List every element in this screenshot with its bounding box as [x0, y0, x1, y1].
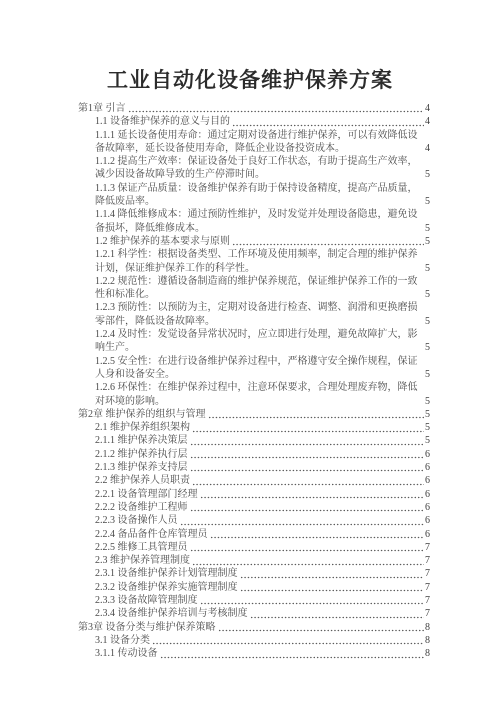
toc-page-number: 4	[425, 115, 430, 128]
toc-entry: 1.1 设备维护保养的意义与目的4	[78, 115, 430, 128]
toc-entry-text: 2.3.1 设备维护保养计划管理制度	[95, 567, 238, 580]
toc-dot-leader	[208, 408, 425, 421]
toc-entry: 1.2.3 预防性：以预防为主，定期对设备进行检查、调整、润滑和更换磨损零部件，…	[78, 301, 430, 328]
toc-dot-leader	[190, 448, 425, 461]
toc-entry-text: 2.3.4 设备维护保养培训与考核制度	[95, 607, 248, 620]
toc-entry: 2.1 维护保养组织架构5	[78, 421, 430, 434]
toc-entry: 2.2.3 设备操作人员6	[78, 514, 430, 527]
table-of-contents: 第1章 引言41.1 设备维护保养的意义与目的41.1.1 延长设备使用寿命：通…	[78, 102, 430, 660]
toc-page-number: 6	[425, 501, 430, 514]
toc-page-number: 5	[425, 168, 430, 181]
toc-dot-leader	[160, 647, 425, 660]
toc-dot-leader	[190, 461, 425, 474]
toc-entry-text: 1.2.4 及时性：发觉设备异常状况时，应立即进行处理，避免故障扩大，影响生产。	[95, 328, 422, 355]
toc-dot-leader	[200, 594, 425, 607]
toc-entry: 2.3.1 设备维护保养计划管理制度7	[78, 567, 430, 580]
toc-entry: 第2章 维护保养的组织与管理5	[78, 408, 430, 421]
toc-page-number: 6	[425, 474, 430, 487]
toc-page-number: 5	[425, 341, 430, 354]
toc-entry-text: 1.1 设备维护保养的意义与目的	[95, 115, 230, 128]
toc-entry: 2.2.1 设备管理部门经理6	[78, 488, 430, 501]
toc-entry-text: 2.2.3 设备操作人员	[95, 514, 178, 527]
toc-entry: 2.2.5 维修工具管理员7	[78, 541, 430, 554]
toc-entry: 1.1.1 延长设备使用寿命：通过定期对设备进行维护保养，可以有效降低设备故障率…	[78, 129, 430, 156]
toc-page-number: 5	[425, 368, 430, 381]
toc-entry: 2.2.2 设备维护工程师6	[78, 501, 430, 514]
toc-dot-leader	[192, 474, 424, 487]
toc-entry: 1.2.4 及时性：发觉设备异常状况时，应立即进行处理，避免故障扩大，影响生产。…	[78, 328, 430, 355]
toc-page-number: 6	[425, 461, 430, 474]
toc-page-number: 5	[425, 195, 430, 208]
toc-entry-text: 1.1.2 提高生产效率：保证设备处于良好工作状态，有助于提高生产效率，减少因设…	[95, 155, 422, 182]
toc-entry-text: 2.1 维护保养组织架构	[95, 421, 190, 434]
toc-entry: 2.3.2 设备维护保养实施管理制度7	[78, 581, 430, 594]
toc-entry: 2.1.2 维护保养执行层6	[78, 448, 430, 461]
toc-dot-leader	[250, 607, 425, 620]
toc-dot-leader	[128, 102, 425, 115]
toc-page-number: 5	[425, 315, 430, 328]
toc-entry: 2.2.4 备品备件仓库管理员6	[78, 528, 430, 541]
toc-entry-text: 2.3.3 设备故障管理制度	[95, 594, 198, 607]
toc-dot-leader	[240, 567, 425, 580]
toc-entry-text: 第2章 维护保养的组织与管理	[78, 408, 206, 421]
toc-entry-text: 2.1.3 维护保养支持层	[95, 461, 188, 474]
toc-entry-text: 3.1 设备分类	[95, 634, 150, 647]
toc-entry: 1.1.2 提高生产效率：保证设备处于良好工作状态，有助于提高生产效率，减少因设…	[78, 155, 430, 182]
toc-dot-leader	[218, 621, 425, 634]
toc-dot-leader	[152, 634, 424, 647]
toc-entry-text: 2.3 维护保养管理制度	[95, 554, 190, 567]
toc-entry: 第3章 设备分类与维护保养策略8	[78, 621, 430, 634]
toc-entry: 第1章 引言4	[78, 102, 430, 115]
toc-dot-leader	[240, 581, 425, 594]
toc-page-number: 7	[425, 594, 430, 607]
toc-page-number: 5	[425, 262, 430, 275]
toc-dot-leader	[190, 501, 425, 514]
toc-page-number: 4	[425, 142, 430, 155]
toc-dot-leader	[210, 528, 425, 541]
toc-entry-text: 1.2.3 预防性：以预防为主，定期对设备进行检查、调整、润滑和更换磨损零部件，…	[95, 301, 422, 328]
toc-page-number: 8	[425, 621, 430, 634]
toc-entry-text: 2.2.2 设备维护工程师	[95, 501, 188, 514]
toc-entry: 1.2.6 环保性：在维护保养过程中，注意环保要求，合理处理废弃物，降低对环境的…	[78, 381, 430, 408]
toc-entry-text: 2.1.2 维护保养执行层	[95, 448, 188, 461]
toc-entry: 2.3.3 设备故障管理制度7	[78, 594, 430, 607]
toc-entry-text: 2.2.4 备品备件仓库管理员	[95, 528, 208, 541]
toc-page-number: 5	[425, 222, 430, 235]
toc-entry: 2.1.1 维护保养决策层5	[78, 434, 430, 447]
toc-page-number: 6	[425, 448, 430, 461]
toc-entry-text: 2.3.2 设备维护保养实施管理制度	[95, 581, 238, 594]
toc-page-number: 7	[425, 541, 430, 554]
toc-page-number: 6	[425, 514, 430, 527]
toc-entry: 1.2.1 科学性：根据设备类型、工作环境及使用频率，制定合理的维护保养计划，保…	[78, 248, 430, 275]
toc-entry-text: 1.1.3 保证产品质量：设备维护保养有助于保持设备精度，提高产品质量，降低废品…	[95, 182, 422, 209]
toc-entry: 1.2.5 安全性：在进行设备维护保养过程中，严格遵守安全操作规程，保证人身和设…	[78, 355, 430, 382]
toc-entry: 2.3 维护保养管理制度7	[78, 554, 430, 567]
toc-entry-text: 1.2.6 环保性：在维护保养过程中，注意环保要求，合理处理废弃物，降低对环境的…	[95, 381, 422, 408]
toc-entry-text: 2.1.1 维护保养决策层	[95, 434, 188, 447]
document-page: 工业自动化设备维护保养方案 第1章 引言41.1 设备维护保养的意义与目的41.…	[0, 0, 500, 707]
toc-page-number: 5	[425, 421, 430, 434]
toc-page-number: 7	[425, 581, 430, 594]
toc-dot-leader	[232, 115, 424, 128]
toc-page-number: 6	[425, 528, 430, 541]
toc-entry-text: 1.2.2 规范性：遵循设备制造商的维护保养规范，保证维护保养工作的一致性和标准…	[95, 275, 422, 302]
toc-page-number: 7	[425, 554, 430, 567]
toc-entry-text: 1.2 维护保养的基本要求与原则	[95, 235, 230, 248]
toc-dot-leader	[192, 554, 424, 567]
toc-dot-leader	[200, 488, 425, 501]
toc-entry-text: 第3章 设备分类与维护保养策略	[78, 621, 216, 634]
toc-entry-text: 1.1.1 延长设备使用寿命：通过定期对设备进行维护保养，可以有效降低设备故障率…	[95, 129, 422, 156]
toc-entry: 1.1.4 降低维修成本：通过预防性维护，及时发觉并处理设备隐患，避免设备损坏，…	[78, 208, 430, 235]
toc-dot-leader	[192, 421, 424, 434]
toc-page-number: 7	[425, 567, 430, 580]
toc-dot-leader	[180, 514, 425, 527]
toc-page-number: 8	[425, 634, 430, 647]
toc-entry: 3.1.1 传动设备8	[78, 647, 430, 660]
toc-entry-text: 1.1.4 降低维修成本：通过预防性维护，及时发觉并处理设备隐患，避免设备损坏，…	[95, 208, 422, 235]
toc-entry-text: 第1章 引言	[78, 102, 126, 115]
toc-dot-leader	[190, 434, 425, 447]
toc-entry: 2.3.4 设备维护保养培训与考核制度7	[78, 607, 430, 620]
toc-entry-text: 1.2.5 安全性：在进行设备维护保养过程中，严格遵守安全操作规程，保证人身和设…	[95, 355, 422, 382]
toc-dot-leader	[190, 541, 425, 554]
toc-page-number: 4	[425, 102, 430, 115]
toc-entry: 2.1.3 维护保养支持层6	[78, 461, 430, 474]
toc-entry-text: 1.2.1 科学性：根据设备类型、工作环境及使用频率，制定合理的维护保养计划，保…	[95, 248, 422, 275]
toc-entry-text: 2.2.5 维修工具管理员	[95, 541, 188, 554]
toc-entry: 1.1.3 保证产品质量：设备维护保养有助于保持设备精度，提高产品质量，降低废品…	[78, 182, 430, 209]
toc-page-number: 7	[425, 607, 430, 620]
toc-page-number: 5	[425, 408, 430, 421]
toc-entry: 1.2 维护保养的基本要求与原则5	[78, 235, 430, 248]
toc-page-number: 5	[425, 395, 430, 408]
toc-entry: 3.1 设备分类8	[78, 634, 430, 647]
toc-page-number: 5	[425, 288, 430, 301]
toc-entry-text: 3.1.1 传动设备	[95, 647, 158, 660]
toc-dot-leader	[232, 235, 424, 248]
toc-page-number: 5	[425, 235, 430, 248]
toc-entry-text: 2.2.1 设备管理部门经理	[95, 488, 198, 501]
toc-page-number: 6	[425, 488, 430, 501]
toc-page-number: 8	[425, 647, 430, 660]
toc-page-number: 5	[425, 434, 430, 447]
toc-entry-text: 2.2 维护保养人员职责	[95, 474, 190, 487]
toc-entry: 2.2 维护保养人员职责6	[78, 474, 430, 487]
toc-entry: 1.2.2 规范性：遵循设备制造商的维护保养规范，保证维护保养工作的一致性和标准…	[78, 275, 430, 302]
document-title: 工业自动化设备维护保养方案	[0, 64, 500, 94]
